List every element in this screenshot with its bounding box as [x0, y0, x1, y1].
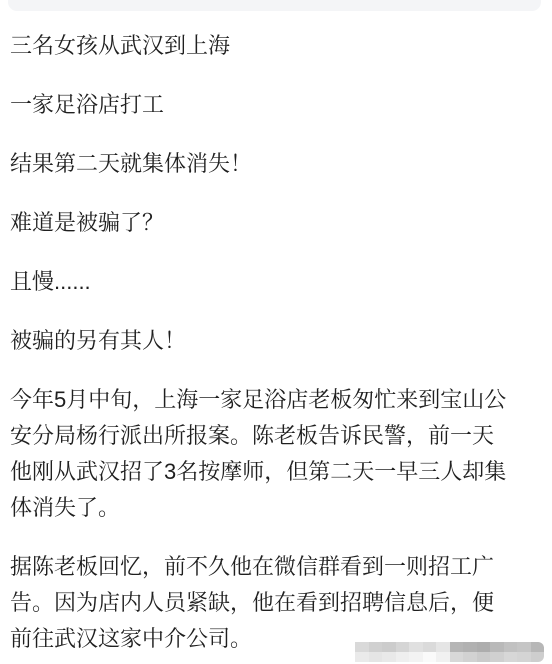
article-line: 一家足浴店打工 — [10, 87, 510, 123]
article-line: 难道是被骗了？ — [10, 205, 510, 241]
article-line: 被骗的另有其人！ — [10, 323, 510, 359]
previous-card-bottom-edge — [8, 0, 541, 11]
article-line: 三名女孩从武汉到上海 — [10, 28, 510, 64]
blurred-watermark — [355, 642, 544, 662]
article-paragraph: 据陈老板回忆，前不久他在微信群看到一则招工广告。因为店内人员紧缺，他在看到招聘信… — [10, 549, 510, 657]
article-body: 三名女孩从武汉到上海 一家足浴店打工 结果第二天就集体消失！ 难道是被骗了？ 且… — [0, 11, 510, 657]
article-paragraph: 今年5月中旬，上海一家足浴店老板匆忙来到宝山公安分局杨行派出所报案。陈老板告诉民… — [10, 382, 510, 526]
article-line: 且慢...... — [10, 264, 510, 300]
article-page: { "page": { "background": "#ffffff", "to… — [0, 0, 552, 664]
article-line: 结果第二天就集体消失！ — [10, 146, 510, 182]
